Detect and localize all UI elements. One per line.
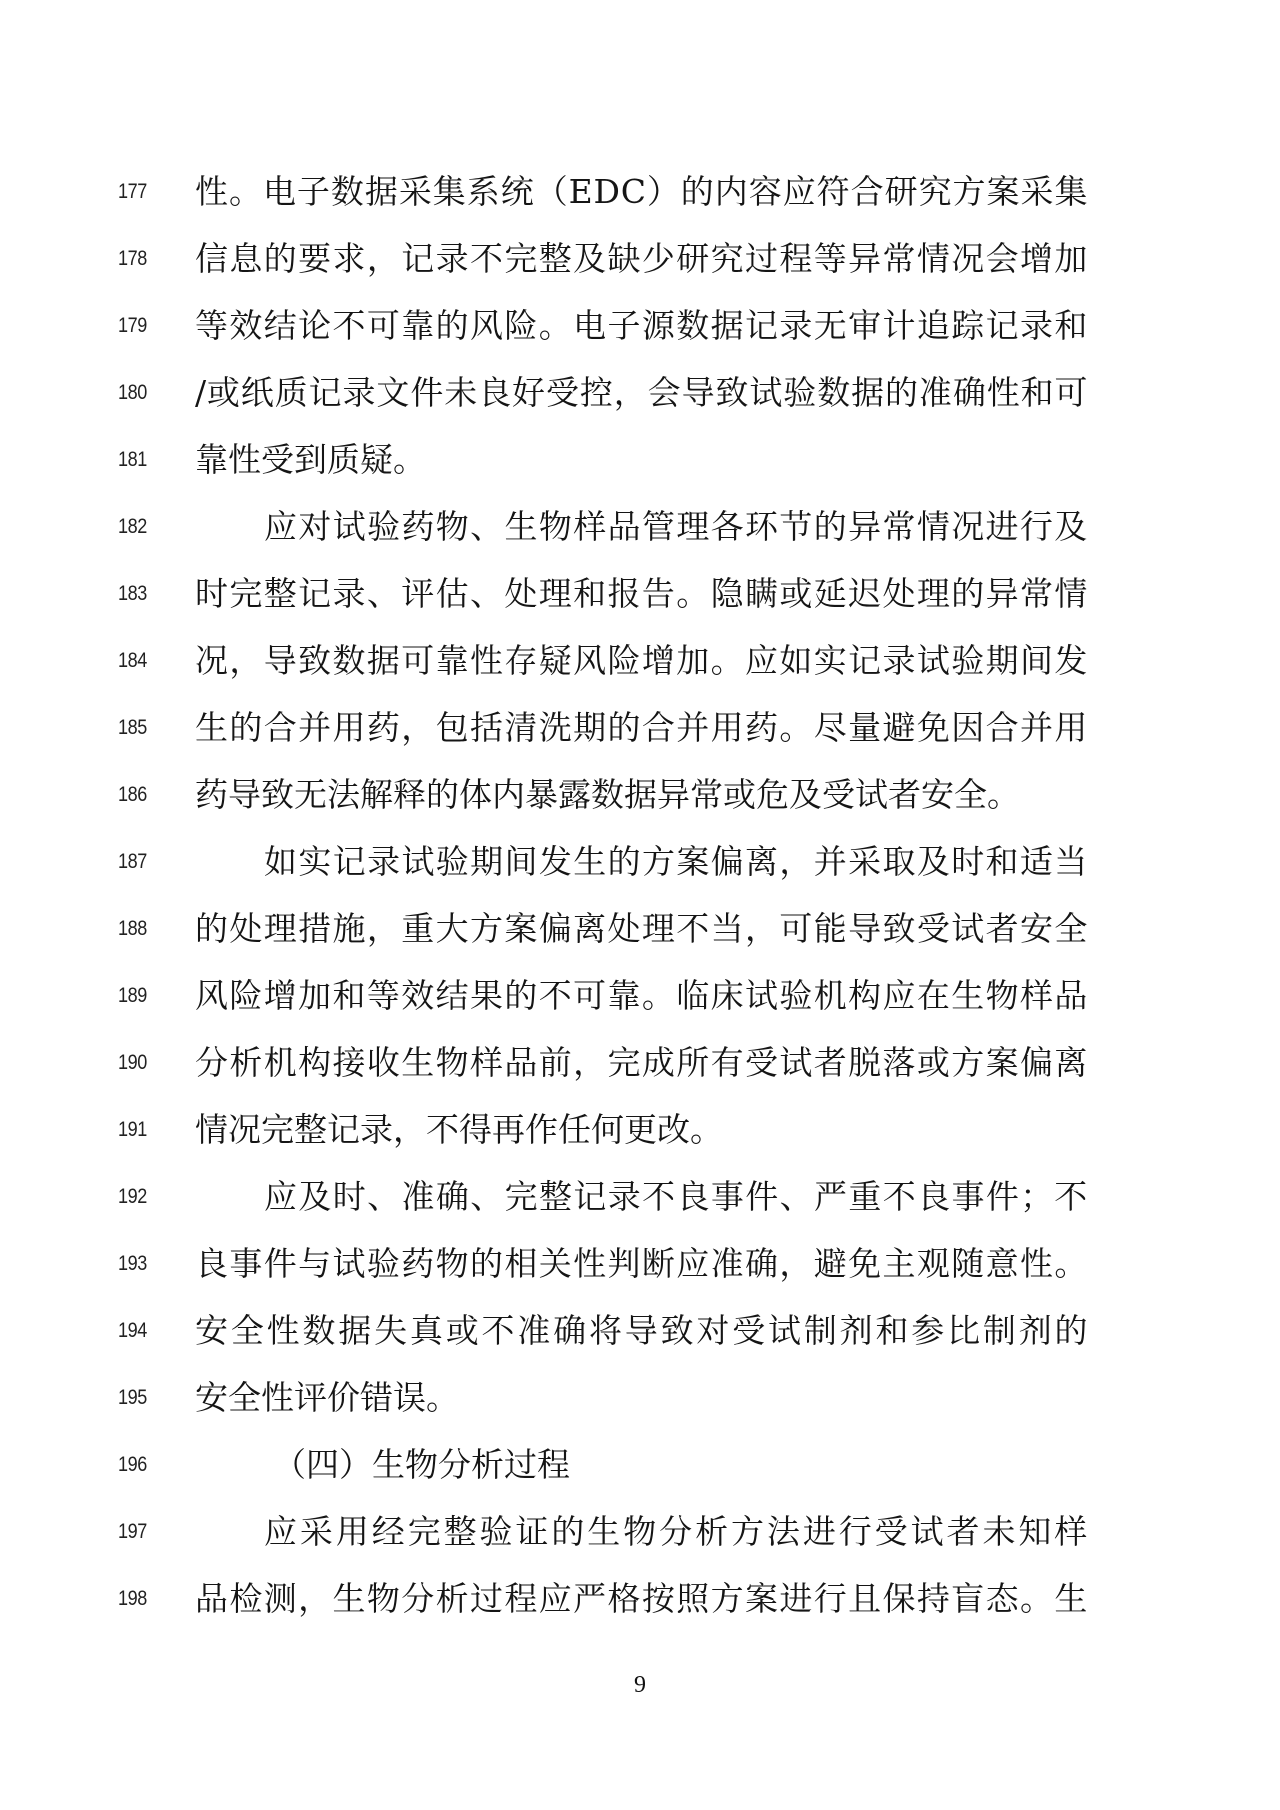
- document-line: 192 应​ 及​ 时​ 、​ 准​ 确​ 、​ 完​ 整​ 记​ 录​ 不​ …: [0, 1163, 1280, 1230]
- line-text: 风​ 险​ 增​ 加​ 和​ 等​ 效​ 结​ 果​ 的​ 不​ 可​ 靠​ 。…: [195, 962, 1087, 1029]
- line-number: 189: [118, 962, 152, 1029]
- document-line: 184 况​ ，​ 导​ 致​ 数​ 据​ 可​ 靠​ 性​ 存​ 疑​ 风​ …: [0, 627, 1280, 694]
- line-number: 188: [118, 895, 152, 962]
- line-number: 177: [118, 158, 152, 225]
- line-number: 192: [118, 1163, 152, 1230]
- line-number: 198: [118, 1565, 152, 1632]
- line-text: 情况完整记录，不得再作任何更改。: [195, 1096, 1087, 1163]
- document-line: 195 安全性评价错误。: [0, 1364, 1280, 1431]
- document-line: 191 情况完整记录，不得再作任何更改。: [0, 1096, 1280, 1163]
- line-number: 195: [118, 1364, 152, 1431]
- document-line: 189 风​ 险​ 增​ 加​ 和​ 等​ 效​ 结​ 果​ 的​ 不​ 可​ …: [0, 962, 1280, 1029]
- line-text: 信​ 息​ 的​ 要​ 求​ ，​ 记​ 录​ 不​ 完​ 整​ 及​ 缺​ 少…: [195, 225, 1087, 292]
- paragraph-start-text: 应​ 对​ 试​ 验​ 药​ 物​ 、​ 生​ 物​ 样​ 品​ 管​ 理​ 各…: [195, 493, 1087, 560]
- section-heading: （四）生物分析过程: [195, 1431, 1087, 1498]
- document-line: 188 的​ 处​ 理​ 措​ 施​ ，​ 重​ 大​ 方​ 案​ 偏​ 离​ …: [0, 895, 1280, 962]
- line-number: 180: [118, 359, 152, 426]
- line-number: 178: [118, 225, 152, 292]
- line-text: /​ 或​ 纸​ 质​ 记​ 录​ 文​ 件​ 未​ 良​ 好​ 受​ 控​ ，…: [195, 359, 1087, 426]
- line-number: 190: [118, 1029, 152, 1096]
- document-line: 177 性​ 。​ 电​ 子​ 数​ 据​ 采​ 集​ 系​ 统​ （​ E​ …: [0, 158, 1280, 225]
- line-text: 安​ 全​ 性​ 数​ 据​ 失​ 真​ 或​ 不​ 准​ 确​ 将​ 导​ 致…: [195, 1297, 1087, 1364]
- document-line: 198 品​ 检​ 测​ ，​ 生​ 物​ 分​ 析​ 过​ 程​ 应​ 严​ …: [0, 1565, 1280, 1632]
- document-line: 181 靠性受到质疑。: [0, 426, 1280, 493]
- line-number: 179: [118, 292, 152, 359]
- document-line: 182 应​ 对​ 试​ 验​ 药​ 物​ 、​ 生​ 物​ 样​ 品​ 管​ …: [0, 493, 1280, 560]
- line-number: 196: [118, 1431, 152, 1498]
- line-text: 安全性评价错误。: [195, 1364, 1087, 1431]
- line-text: 时​ 完​ 整​ 记​ 录​ 、​ 评​ 估​ 、​ 处​ 理​ 和​ 报​ 告…: [195, 560, 1087, 627]
- line-number: 184: [118, 627, 152, 694]
- document-line: 197 应​ 采​ 用​ 经​ 完​ 整​ 验​ 证​ 的​ 生​ 物​ 分​ …: [0, 1498, 1280, 1565]
- document-line: 190 分​ 析​ 机​ 构​ 接​ 收​ 生​ 物​ 样​ 品​ 前​ ，​ …: [0, 1029, 1280, 1096]
- document-line: 179 等​ 效​ 结​ 论​ 不​ 可​ 靠​ 的​ 风​ 险​ 。​ 电​ …: [0, 292, 1280, 359]
- line-text: 靠性受到质疑。: [195, 426, 1087, 493]
- line-text: 生​ 的​ 合​ 并​ 用​ 药​ ，​ 包​ 括​ 清​ 洗​ 期​ 的​ 合…: [195, 694, 1087, 761]
- line-number: 187: [118, 828, 152, 895]
- line-number: 194: [118, 1297, 152, 1364]
- document-line: 193 良​ 事​ 件​ 与​ 试​ 验​ 药​ 物​ 的​ 相​ 关​ 性​ …: [0, 1230, 1280, 1297]
- line-number: 197: [118, 1498, 152, 1565]
- paragraph-start-text: 如​ 实​ 记​ 录​ 试​ 验​ 期​ 间​ 发​ 生​ 的​ 方​ 案​ 偏…: [195, 828, 1087, 895]
- line-text: 的​ 处​ 理​ 措​ 施​ ，​ 重​ 大​ 方​ 案​ 偏​ 离​ 处​ 理…: [195, 895, 1087, 962]
- document-line: 187 如​ 实​ 记​ 录​ 试​ 验​ 期​ 间​ 发​ 生​ 的​ 方​ …: [0, 828, 1280, 895]
- document-line: 178 信​ 息​ 的​ 要​ 求​ ，​ 记​ 录​ 不​ 完​ 整​ 及​ …: [0, 225, 1280, 292]
- paragraph-start-text: 应​ 采​ 用​ 经​ 完​ 整​ 验​ 证​ 的​ 生​ 物​ 分​ 析​ 方…: [195, 1498, 1087, 1565]
- line-text: 药导致无法解释的体内暴露数据异常或危及受试者安全。: [195, 761, 1087, 828]
- line-number: 181: [118, 426, 152, 493]
- line-number: 193: [118, 1230, 152, 1297]
- line-number: 185: [118, 694, 152, 761]
- paragraph-start-text: 应​ 及​ 时​ 、​ 准​ 确​ 、​ 完​ 整​ 记​ 录​ 不​ 良​ 事…: [195, 1163, 1087, 1230]
- line-text: 性​ 。​ 电​ 子​ 数​ 据​ 采​ 集​ 系​ 统​ （​ E​ D​ C…: [195, 158, 1087, 225]
- document-line: 196 （四）生物分析过程: [0, 1431, 1280, 1498]
- page-number: 9: [620, 1672, 660, 1699]
- line-text: 良​ 事​ 件​ 与​ 试​ 验​ 药​ 物​ 的​ 相​ 关​ 性​ 判​ 断…: [195, 1230, 1087, 1297]
- document-page: 177 性​ 。​ 电​ 子​ 数​ 据​ 采​ 集​ 系​ 统​ （​ E​ …: [0, 0, 1280, 1810]
- document-line: 186 药导致无法解释的体内暴露数据异常或危及受试者安全。: [0, 761, 1280, 828]
- line-number: 183: [118, 560, 152, 627]
- line-text: 等​ 效​ 结​ 论​ 不​ 可​ 靠​ 的​ 风​ 险​ 。​ 电​ 子​ 源…: [195, 292, 1087, 359]
- document-line: 185 生​ 的​ 合​ 并​ 用​ 药​ ，​ 包​ 括​ 清​ 洗​ 期​ …: [0, 694, 1280, 761]
- line-number: 182: [118, 493, 152, 560]
- document-line: 194 安​ 全​ 性​ 数​ 据​ 失​ 真​ 或​ 不​ 准​ 确​ 将​ …: [0, 1297, 1280, 1364]
- line-text: 分​ 析​ 机​ 构​ 接​ 收​ 生​ 物​ 样​ 品​ 前​ ，​ 完​ 成…: [195, 1029, 1087, 1096]
- document-line: 183 时​ 完​ 整​ 记​ 录​ 、​ 评​ 估​ 、​ 处​ 理​ 和​ …: [0, 560, 1280, 627]
- line-text: 况​ ，​ 导​ 致​ 数​ 据​ 可​ 靠​ 性​ 存​ 疑​ 风​ 险​ 增…: [195, 627, 1087, 694]
- line-text: 品​ 检​ 测​ ，​ 生​ 物​ 分​ 析​ 过​ 程​ 应​ 严​ 格​ 按…: [195, 1565, 1087, 1632]
- line-number: 191: [118, 1096, 152, 1163]
- line-number: 186: [118, 761, 152, 828]
- document-line: 180 /​ 或​ 纸​ 质​ 记​ 录​ 文​ 件​ 未​ 良​ 好​ 受​ …: [0, 359, 1280, 426]
